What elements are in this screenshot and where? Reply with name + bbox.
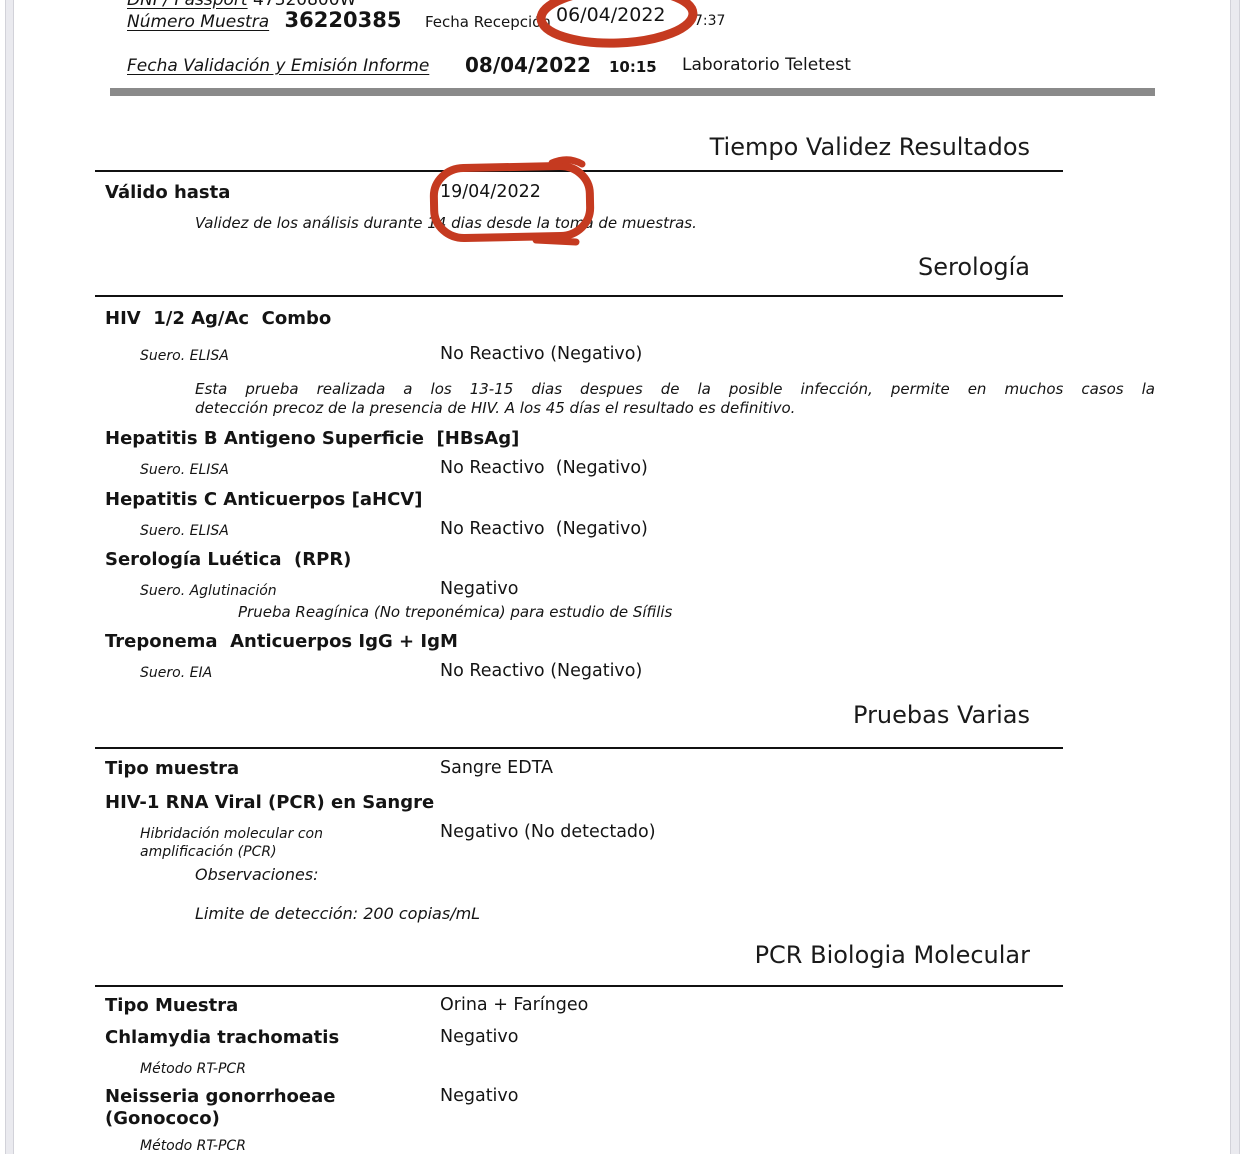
result-row: Hibridación molecular con amplificación … — [105, 822, 1242, 861]
sample-number-value: 36220385 — [285, 8, 402, 32]
result-row: Neisseria gonorrhoeae (Gonococo) Negativ… — [105, 1086, 1242, 1130]
method-row: Método RT-PCR — [105, 1057, 1242, 1078]
test-method-line1: Hibridación molecular con — [140, 825, 440, 843]
test-method: Suero. ELISA — [140, 458, 440, 479]
test-result: No Reactivo (Negativo) — [440, 344, 1242, 365]
result-row: Tipo muestra Sangre EDTA — [105, 758, 1242, 780]
sample-number-line: Número Muestra 36220385 — [127, 8, 401, 32]
test-method: Método RT-PCR — [140, 1134, 440, 1154]
sample-type-value: Sangre EDTA — [440, 758, 1242, 779]
test-result: Negativo (No detectado) — [440, 822, 1242, 843]
detection-limit-note: Limite de detección: 200 copias/mL — [195, 904, 1242, 924]
test-result: Negativo — [440, 579, 1242, 600]
test-name: Serología Luética (RPR) — [105, 549, 1242, 571]
test-method: Hibridación molecular con amplificación … — [140, 822, 440, 861]
section-pruebas-varias: Pruebas Varias Tipo muestra Sangre EDTA … — [0, 698, 1242, 924]
test-name: Neisseria gonorrhoeae (Gonococo) — [105, 1086, 440, 1130]
section-rule — [95, 170, 1063, 172]
section-title-pcr: PCR Biologia Molecular — [95, 940, 1063, 970]
test-method: Método RT-PCR — [140, 1057, 440, 1078]
result-row: Suero. Aglutinación Negativo — [105, 579, 1242, 600]
section-title-pruebas-varias: Pruebas Varias — [95, 700, 1063, 730]
result-row: Suero. ELISA No Reactivo (Negativo) — [105, 344, 1242, 365]
test-result: No Reactivo (Negativo) — [440, 519, 1242, 540]
valido-hasta-label: Válido hasta — [105, 182, 440, 204]
test-note-line1: Esta prueba realizada a los 13-15 dias d… — [195, 380, 1155, 399]
sample-type-label: Tipo muestra — [105, 758, 440, 780]
method-row: Método RT-PCR — [105, 1134, 1242, 1154]
test-name: Hepatitis B Antigeno Superficie [HBsAg] — [105, 428, 1242, 450]
sample-type-value: Orina + Faríngeo — [440, 995, 1242, 1016]
test-method: Suero. EIA — [140, 661, 440, 682]
red-annotation-pen-overlap-bottom — [536, 240, 576, 242]
section-rule — [95, 295, 1063, 297]
test-method: Suero. ELISA — [140, 519, 440, 540]
reception-date-value: 06/04/2022 — [556, 4, 666, 26]
test-name: HIV 1/2 Ag/Ac Combo — [105, 308, 1242, 330]
section-title-validez: Tiempo Validez Resultados — [95, 132, 1063, 162]
test-result: No Reactivo (Negativo) — [440, 458, 1242, 479]
result-row: Suero. ELISA No Reactivo (Negativo) — [105, 519, 1242, 540]
test-subnote: Prueba Reagínica (No treponémica) para e… — [238, 603, 1242, 622]
validity-note: Validez de los análisis durante 14 dias … — [195, 214, 1242, 233]
section-pcr: PCR Biologia Molecular Tipo Muestra Orin… — [0, 938, 1242, 1154]
header-separator-bar — [110, 88, 1155, 96]
section-rule — [95, 747, 1063, 749]
test-name: Chlamydia trachomatis — [105, 1027, 440, 1049]
reception-time-value: 7:37 — [694, 13, 725, 29]
result-row: Suero. EIA No Reactivo (Negativo) — [105, 661, 1242, 682]
validation-time-value: 10:15 — [609, 58, 657, 76]
result-row: Tipo Muestra Orina + Faríngeo — [105, 995, 1242, 1017]
validation-date-label: Fecha Validación y Emisión Informe — [127, 56, 429, 76]
observations-label: Observaciones: — [195, 865, 1242, 885]
test-note: Esta prueba realizada a los 13-15 dias d… — [195, 380, 1155, 418]
test-name: HIV-1 RNA Viral (PCR) en Sangre — [105, 792, 1242, 814]
validation-date-value: 08/04/2022 — [465, 53, 591, 77]
result-row: Suero. ELISA No Reactivo (Negativo) — [105, 458, 1242, 479]
sample-type-label: Tipo Muestra — [105, 995, 440, 1017]
test-method: Suero. ELISA — [140, 344, 440, 365]
reception-date-label: Fecha Recepción — [425, 13, 551, 31]
test-note-line2: detección precoz de la presencia de HIV.… — [195, 399, 1155, 418]
sample-number-label: Número Muestra — [127, 12, 269, 32]
test-method-line2: amplificación (PCR) — [140, 843, 440, 861]
test-name: Hepatitis C Anticuerpos [aHCV] — [105, 489, 1242, 511]
test-result: Negativo — [440, 1027, 1242, 1048]
section-title-serologia: Serología — [95, 252, 1063, 282]
section-rule — [95, 985, 1063, 987]
section-validez: Tiempo Validez Resultados Válido hasta 1… — [0, 130, 1242, 233]
test-method: Suero. Aglutinación — [140, 579, 440, 600]
test-name: Treponema Anticuerpos IgG + IgM — [105, 631, 1242, 653]
test-result: Negativo — [440, 1086, 1242, 1107]
result-row: Chlamydia trachomatis Negativo — [105, 1027, 1242, 1049]
lab-name: Laboratorio Teletest — [682, 55, 851, 75]
section-serologia: Serología HIV 1/2 Ag/Ac Combo Suero. ELI… — [0, 250, 1242, 682]
test-result: No Reactivo (Negativo) — [440, 661, 1242, 682]
valido-hasta-value: 19/04/2022 — [440, 182, 1242, 203]
result-row: Válido hasta 19/04/2022 — [105, 182, 1242, 204]
